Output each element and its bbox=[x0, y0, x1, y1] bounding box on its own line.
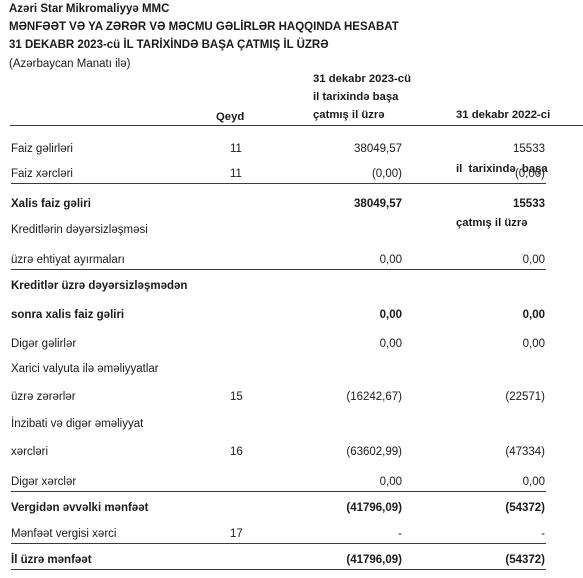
row-note: 15 bbox=[230, 391, 243, 403]
row-note: 16 bbox=[230, 446, 243, 458]
value-2022: 0,00 bbox=[523, 254, 545, 266]
value-2022: 15533 bbox=[513, 143, 545, 155]
row-label: üzrə ehtiyat ayırmaları bbox=[11, 254, 125, 266]
value-2023: (41796,09) bbox=[346, 502, 402, 514]
value-2022: (47334) bbox=[505, 446, 545, 458]
value-2023: (63602,99) bbox=[346, 446, 402, 458]
currency-note: (Azərbaycan Manatı ilə) bbox=[9, 58, 130, 70]
table-row: Digər gəlirlər0,000,00 bbox=[0, 338, 583, 354]
row-underline bbox=[11, 569, 546, 570]
row-label: Kreditlər üzrə dəyərsizləşmədən bbox=[11, 280, 187, 292]
row-underline bbox=[11, 491, 546, 492]
row-label: İnzibati və digər əməliyyat bbox=[11, 418, 143, 430]
table-row: sonra xalis faiz gəliri0,000,00 bbox=[0, 309, 583, 325]
col-2023-line1: 31 dekabr 2023-cü bbox=[313, 70, 411, 88]
table-row: İl üzrə mənfəət(41796,09)(54372) bbox=[0, 554, 583, 570]
value-2022: 15533 bbox=[513, 198, 545, 210]
report-period: 31 DEKABR 2023-cü İL TARİXİNDƏ BAŞA ÇATM… bbox=[9, 39, 329, 51]
col-2022-line1: 31 dekabr 2022-ci bbox=[456, 106, 550, 124]
row-label: Digər gəlirlər bbox=[11, 338, 76, 350]
table-row: Kreditlərin dəyərsizləşməsi bbox=[0, 224, 583, 240]
col-2023-line2: il tarixində başa bbox=[313, 88, 411, 106]
value-2023: 38049,57 bbox=[354, 143, 402, 155]
value-2023: (0,00) bbox=[372, 168, 402, 180]
table-row: Xalis faiz gəliri38049,5715533 bbox=[0, 198, 583, 214]
value-2023: - bbox=[398, 528, 402, 540]
table-row: Faiz gəlirləri1138049,5715533 bbox=[0, 143, 583, 159]
col-2023-line3: çatmış il üzrə bbox=[313, 106, 411, 124]
company-name: Azəri Star Mikromaliyyə MMC bbox=[9, 3, 169, 15]
table-row: İnzibati və digər əməliyyat bbox=[0, 418, 583, 434]
value-2023: 0,00 bbox=[380, 476, 402, 488]
value-2023: (16242,67) bbox=[346, 391, 402, 403]
value-2022: (0,00) bbox=[515, 168, 545, 180]
row-label: Vergidən əvvəlki mənfəət bbox=[11, 502, 148, 514]
table-row: Kreditlər üzrə dəyərsizləşmədən bbox=[0, 280, 583, 296]
value-2022: (54372) bbox=[505, 502, 545, 514]
column-header-2023: 31 dekabr 2023-cü il tarixində başa çatm… bbox=[313, 70, 411, 124]
value-2022: (54372) bbox=[505, 554, 545, 566]
row-label: sonra xalis faiz gəliri bbox=[11, 309, 124, 321]
value-2023: 0,00 bbox=[380, 254, 402, 266]
row-label: Digər xərclər bbox=[11, 476, 76, 488]
table-row: Digər xərclər0,000,00 bbox=[0, 476, 583, 492]
table-row: üzrə zərərlər15(16242,67)(22571) bbox=[0, 391, 583, 407]
row-label: Xarici valyuta ilə əməliyyatlar bbox=[11, 363, 159, 375]
value-2023: 38049,57 bbox=[354, 198, 402, 210]
row-label: Mənfəət vergisi xərci bbox=[11, 528, 116, 540]
row-note: 11 bbox=[230, 168, 242, 180]
table-row: Mənfəət vergisi xərci17-- bbox=[0, 528, 583, 544]
report-title: MƏNFƏƏT VƏ YA ZƏRƏR VƏ MƏCMU GƏLİRLƏR HA… bbox=[9, 21, 399, 33]
value-2022: 0,00 bbox=[523, 309, 545, 321]
row-underline bbox=[11, 183, 546, 184]
table-row: üzrə ehtiyat ayırmaları0,000,00 bbox=[0, 254, 583, 270]
row-underline bbox=[11, 269, 546, 270]
row-label: xərcləri bbox=[11, 446, 48, 458]
column-header-note: Qeyd bbox=[216, 108, 244, 126]
value-2022: 0,00 bbox=[523, 476, 545, 488]
row-label: Faiz xərcləri bbox=[11, 168, 73, 180]
value-2023: (41796,09) bbox=[346, 554, 402, 566]
value-2023: 0,00 bbox=[380, 309, 402, 321]
value-2022: (22571) bbox=[505, 391, 545, 403]
value-2023: 0,00 bbox=[380, 338, 402, 350]
table-row: Vergidən əvvəlki mənfəət(41796,09)(54372… bbox=[0, 502, 583, 518]
column-header-2022: 31 dekabr 2022-ci il tarixində başa çatm… bbox=[456, 70, 550, 250]
row-label: Faiz gəlirləri bbox=[11, 143, 73, 155]
value-2022: - bbox=[541, 528, 545, 540]
row-note: 11 bbox=[230, 143, 242, 155]
table-row: xərcləri16(63602,99)(47334) bbox=[0, 446, 583, 462]
value-2022: 0,00 bbox=[523, 338, 545, 350]
row-label: Xalis faiz gəliri bbox=[11, 198, 91, 210]
table-row: Xarici valyuta ilə əməliyyatlar bbox=[0, 363, 583, 379]
row-underline bbox=[11, 543, 546, 544]
table-row: Faiz xərcləri11(0,00)(0,00) bbox=[0, 168, 583, 184]
row-label: üzrə zərərlər bbox=[11, 391, 76, 403]
row-label: İl üzrə mənfəət bbox=[11, 554, 92, 566]
header-divider bbox=[10, 125, 583, 126]
row-label: Kreditlərin dəyərsizləşməsi bbox=[11, 224, 148, 236]
row-note: 17 bbox=[230, 528, 243, 540]
